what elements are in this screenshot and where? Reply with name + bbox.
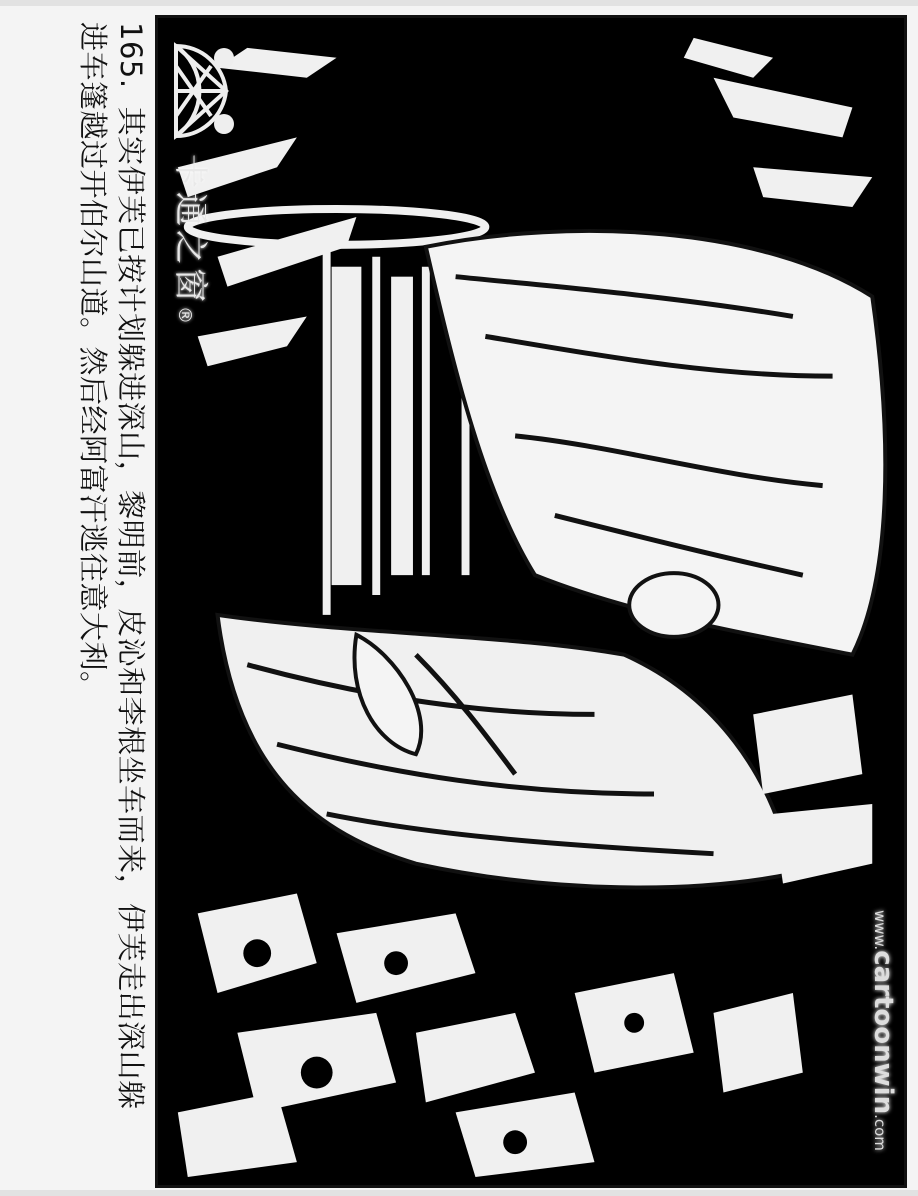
bottom-edge — [0, 1190, 918, 1196]
logo-text: 卡通之窗® — [178, 154, 218, 454]
caption: 165.其实伊芙已按计划躲进深山，黎明前，皮沁和李根坐车而来，伊芙走出深山躲 进… — [60, 14, 150, 1186]
website-watermark: www.cartoonwin.com — [858, 910, 898, 1188]
top-edge — [0, 0, 918, 6]
cartoon-window-logo-icon — [166, 36, 236, 146]
illustration-panel: 卡通之窗® www.cartoonwin.com — [155, 15, 907, 1188]
publisher-logo: 卡通之窗® — [166, 36, 236, 366]
caption-line-2: 进车篷越过开伯尔山道。然后经阿富汗逃往意大利。 — [74, 14, 112, 1186]
panel-number: 165. — [114, 22, 148, 89]
registered-mark: ® — [174, 306, 195, 328]
illustration-artwork — [158, 18, 904, 1185]
caption-line-1: 165.其实伊芙已按计划躲进深山，黎明前，皮沁和李根坐车而来，伊芙走出深山躲 — [112, 14, 150, 1186]
